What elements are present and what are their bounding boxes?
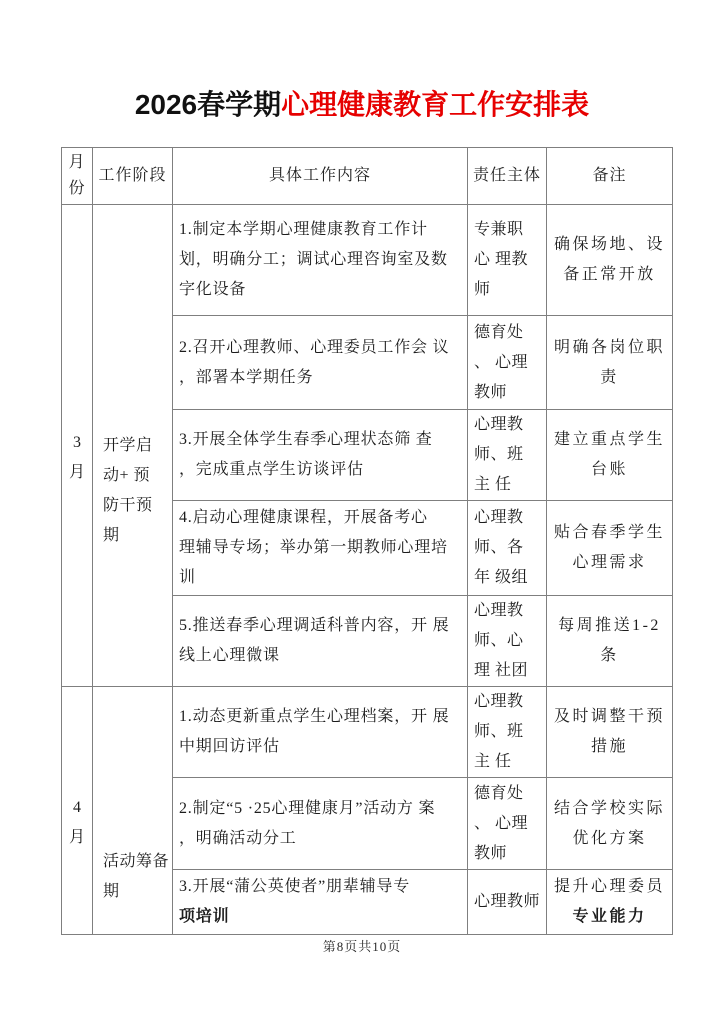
cell-content: 2.制定“5 ·25心理健康月”活动方 案 ，明确活动分工 <box>173 778 468 870</box>
cell-owner: 德育处 、 心理 教师 <box>468 778 547 870</box>
col-header-month: 月 份 <box>62 148 93 205</box>
cell-content: 3.开展全体学生春季心理状态筛 查 ，完成重点学生访谈评估 <box>173 410 468 501</box>
cell-content: 3.开展“蒲公英使者”朋辈辅导专 项培训 <box>173 870 468 935</box>
cell-content-bold-text: 项培训 <box>179 908 229 925</box>
cell-phase-march: 开学启 动+ 预 防干预 期 <box>93 205 173 687</box>
cell-remark: 建立重点学生 台账 <box>547 410 673 501</box>
page-title: 2026春学期心理健康教育工作安排表 <box>0 0 724 124</box>
cell-content: 5.推送春季心理调适科普内容，开 展 线上心理微课 <box>173 596 468 687</box>
schedule-table: 月 份 工作阶段 具体工作内容 责任主体 备注 3 月 开学启 动+ 预 防干预… <box>61 147 673 935</box>
cell-remark-bold-text: 专业能力 <box>572 908 646 925</box>
cell-content-text: 3.开展“蒲公英使者”朋辈辅导专 <box>179 878 410 895</box>
table-header-row: 月 份 工作阶段 具体工作内容 责任主体 备注 <box>62 148 673 205</box>
cell-phase-april: 活动筹备 期 <box>93 687 173 935</box>
cell-owner: 心理教 师、各 年 级组 <box>468 501 547 596</box>
cell-owner: 心理教 师、班 主 任 <box>468 687 547 778</box>
cell-remark: 及时调整干预 措施 <box>547 687 673 778</box>
cell-owner: 德育处 、 心理 教师 <box>468 316 547 410</box>
col-header-remark: 备注 <box>547 148 673 205</box>
cell-remark: 确保场地、设 备正常开放 <box>547 205 673 316</box>
col-header-content: 具体工作内容 <box>173 148 468 205</box>
cell-owner: 心理教师 <box>468 870 547 935</box>
page-number: 第8页共10页 <box>0 936 724 955</box>
cell-remark: 每周推送1-2 条 <box>547 596 673 687</box>
title-prefix: 2026春学期 <box>135 89 281 120</box>
cell-owner: 心理教 师、班 主 任 <box>468 410 547 501</box>
cell-content: 4.启动心理健康课程，开展备考心 理辅导专场；举办第一期教师心理培 训 <box>173 501 468 596</box>
cell-month-march: 3 月 <box>62 205 93 687</box>
cell-owner: 专兼职 心 理教 师 <box>468 205 547 316</box>
cell-month-april: 4 月 <box>62 687 93 935</box>
cell-owner: 心理教 师、心 理 社团 <box>468 596 547 687</box>
col-header-owner: 责任主体 <box>468 148 547 205</box>
title-highlight: 心理健康教育工作安排表 <box>281 89 589 120</box>
cell-content: 2.召开心理教师、心理委员工作会 议 ，部署本学期任务 <box>173 316 468 410</box>
table-row: 4 月 活动筹备 期 1.动态更新重点学生心理档案，开 展 中期回访评估 心理教… <box>62 687 673 778</box>
table-row: 3 月 开学启 动+ 预 防干预 期 1.制定本学期心理健康教育工作计 划，明确… <box>62 205 673 316</box>
cell-content: 1.制定本学期心理健康教育工作计 划，明确分工；调试心理咨询室及数 字化设备 <box>173 205 468 316</box>
cell-remark: 结合学校实际 优化方案 <box>547 778 673 870</box>
cell-remark-text: 提升心理委员 <box>554 878 665 895</box>
col-header-phase: 工作阶段 <box>93 148 173 205</box>
cell-remark: 明确各岗位职 责 <box>547 316 673 410</box>
cell-remark: 提升心理委员 专业能力 <box>547 870 673 935</box>
document-page: 2026春学期心理健康教育工作安排表 月 份 工作阶段 具体工作内容 责任主体 … <box>0 0 724 1024</box>
cell-content: 1.动态更新重点学生心理档案，开 展 中期回访评估 <box>173 687 468 778</box>
cell-remark: 贴合春季学生 心理需求 <box>547 501 673 596</box>
